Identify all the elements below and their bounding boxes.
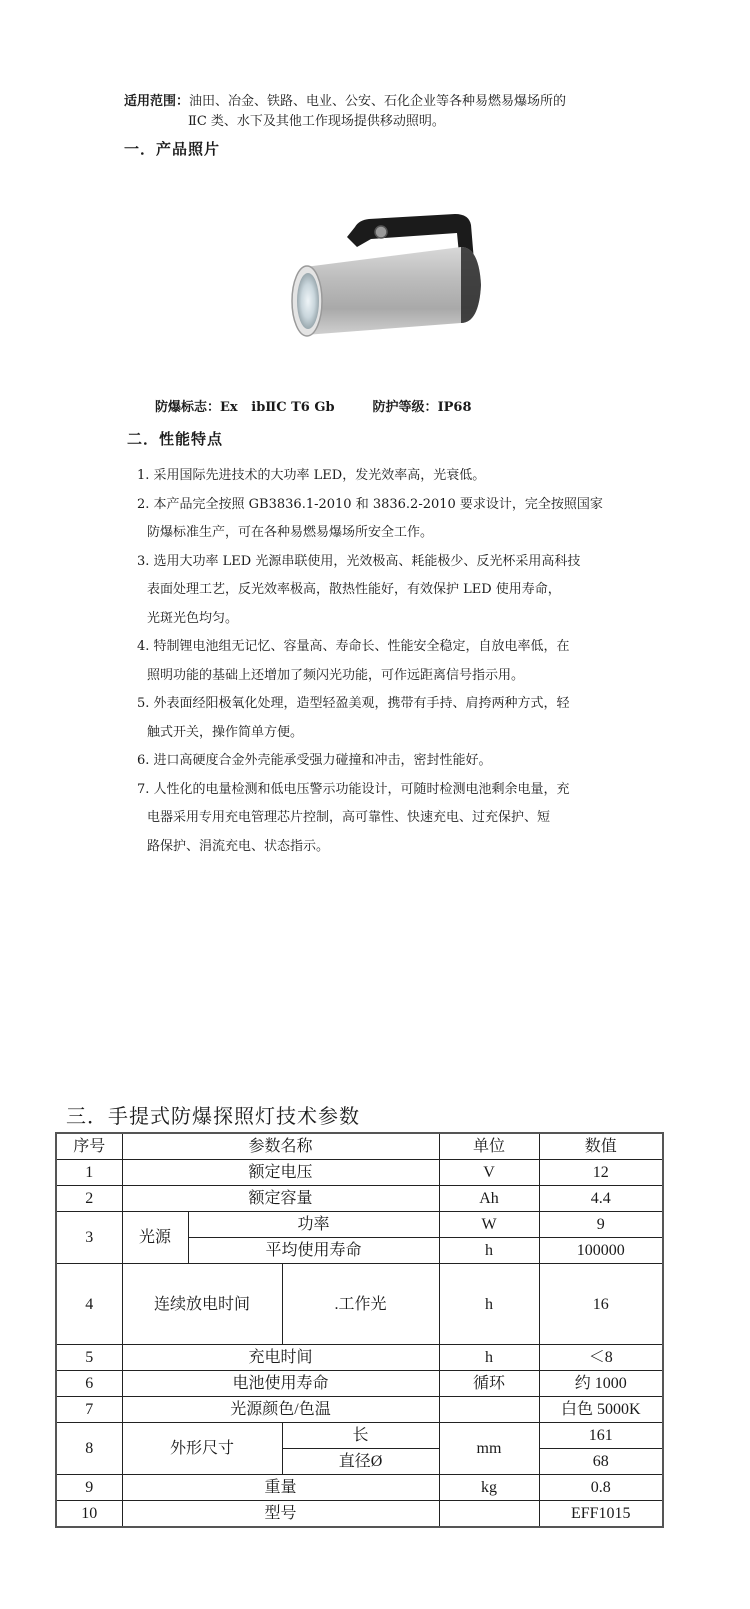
header-value: 数值 bbox=[539, 1133, 663, 1160]
cell-sub: 直径Ø bbox=[282, 1449, 439, 1475]
cell-group: 光源 bbox=[122, 1212, 188, 1264]
feature-item: 1. 采用国际先进技术的大功率 LED，发光效率高，光衰低。 bbox=[137, 462, 637, 491]
cell-unit bbox=[439, 1397, 539, 1423]
feature-text-cont: 路保护、涓流充电、状态指示。 bbox=[137, 833, 637, 862]
cell-unit: kg bbox=[439, 1475, 539, 1501]
scope-line1: 油田、冶金、铁路、电业、公安、石化企业等各种易燃易爆场所的 bbox=[189, 94, 566, 109]
scope-line2: ⅡC 类、水下及其他工作现场提供移动照明。 bbox=[124, 112, 644, 132]
feature-item: 5. 外表面经阳极氧化处理，造型轻盈美观，携带有手持、肩挎两种方式，轻 触式开关… bbox=[137, 690, 637, 747]
cell-value: 16 bbox=[539, 1264, 663, 1345]
cell-no: 10 bbox=[56, 1501, 122, 1528]
cell-value: 4.4 bbox=[539, 1186, 663, 1212]
feature-item: 4. 特制锂电池组无记忆、容量高、寿命长、性能安全稳定，自放电率低，在 照明功能… bbox=[137, 633, 637, 690]
cell-sub: 平均使用寿命 bbox=[188, 1238, 439, 1264]
feature-text: 3. 选用大功率 LED 光源串联使用，光效极高、耗能极少、反光杯采用高科技 bbox=[137, 548, 637, 577]
cell-sub: 长 bbox=[282, 1423, 439, 1449]
cell-name: 电池使用寿命 bbox=[122, 1371, 439, 1397]
feature-item: 6. 进口高硬度合金外壳能承受强力碰撞和冲击，密封性能好。 bbox=[137, 747, 637, 776]
table-row: 6 电池使用寿命 循环 约 1000 bbox=[56, 1371, 663, 1397]
cell-group: 外形尺寸 bbox=[122, 1423, 282, 1475]
feature-text-cont: 防爆标准生产，可在各种易燃易爆场所安全工作。 bbox=[137, 519, 637, 548]
scope-label: 适用范围： bbox=[124, 94, 189, 109]
cell-no: 6 bbox=[56, 1371, 122, 1397]
section3-title: 三．手提式防爆探照灯技术参数 bbox=[66, 1100, 360, 1129]
cell-unit: Ah bbox=[439, 1186, 539, 1212]
table-row: 1 额定电压 V 12 bbox=[56, 1160, 663, 1186]
header-no: 序号 bbox=[56, 1133, 122, 1160]
table-row: 10 型号 EFF1015 bbox=[56, 1501, 663, 1528]
feature-list: 1. 采用国际先进技术的大功率 LED，发光效率高，光衰低。 2. 本产品完全按… bbox=[137, 462, 637, 861]
feature-item: 7. 人性化的电量检测和低电压警示功能设计，可随时检测电池剩余电量，充 电器采用… bbox=[137, 776, 637, 862]
product-markings: 防爆标志：Ex ibⅡC T6 Gb防护等级：IP68 bbox=[155, 396, 472, 415]
explosion-mark-label: 防爆标志： bbox=[155, 400, 220, 415]
cell-unit: W bbox=[439, 1212, 539, 1238]
feature-text-cont: 表面处理工艺，反光效率极高，散热性能好，有效保护 LED 使用寿命， bbox=[137, 576, 637, 605]
cell-unit: V bbox=[439, 1160, 539, 1186]
cell-name: 型号 bbox=[122, 1501, 439, 1528]
cell-sub: .工作光 bbox=[282, 1264, 439, 1345]
cell-no: 5 bbox=[56, 1345, 122, 1371]
cell-no: 1 bbox=[56, 1160, 122, 1186]
table-row: 7 光源颜色/色温 白色 5000K bbox=[56, 1397, 663, 1423]
cell-no: 9 bbox=[56, 1475, 122, 1501]
feature-item: 3. 选用大功率 LED 光源串联使用，光效极高、耗能极少、反光杯采用高科技 表… bbox=[137, 548, 637, 634]
protection-label: 防护等级： bbox=[373, 400, 438, 415]
protection-value: IP68 bbox=[438, 400, 472, 415]
feature-text-cont: 电器采用专用充电管理芯片控制，高可靠性、快速充电、过充保护、短 bbox=[137, 804, 637, 833]
product-photo bbox=[285, 205, 495, 360]
section1-title: 一．产品照片 bbox=[124, 138, 220, 159]
applicable-scope: 适用范围：油田、冶金、铁路、电业、公安、石化企业等各种易燃易爆场所的 ⅡC 类、… bbox=[124, 92, 644, 132]
cell-no: 4 bbox=[56, 1264, 122, 1345]
feature-text: 2. 本产品完全按照 GB3836.1-2010 和 3836.2-2010 要… bbox=[137, 491, 637, 520]
cell-value: 161 bbox=[539, 1423, 663, 1449]
cell-value: EFF1015 bbox=[539, 1501, 663, 1528]
feature-text-cont: 光斑光色均匀。 bbox=[137, 605, 637, 634]
cell-value: 白色 5000K bbox=[539, 1397, 663, 1423]
cell-no: 7 bbox=[56, 1397, 122, 1423]
flashlight-image bbox=[285, 205, 495, 360]
feature-text: 1. 采用国际先进技术的大功率 LED，发光效率高，光衰低。 bbox=[137, 462, 637, 491]
cell-no: 2 bbox=[56, 1186, 122, 1212]
cell-value: 约 1000 bbox=[539, 1371, 663, 1397]
cell-name: 重量 bbox=[122, 1475, 439, 1501]
table-row: 8 外形尺寸 长 mm 161 bbox=[56, 1423, 663, 1449]
section2-title: 二．性能特点 bbox=[127, 428, 223, 449]
feature-text: 7. 人性化的电量检测和低电压警示功能设计，可随时检测电池剩余电量，充 bbox=[137, 776, 637, 805]
cell-no: 3 bbox=[56, 1212, 122, 1264]
cell-unit: h bbox=[439, 1264, 539, 1345]
cell-value: 9 bbox=[539, 1212, 663, 1238]
cell-group: 连续放电时间 bbox=[122, 1264, 282, 1345]
table-row: 4 连续放电时间 .工作光 h 16 bbox=[56, 1264, 663, 1345]
cell-sub: 功率 bbox=[188, 1212, 439, 1238]
feature-item: 2. 本产品完全按照 GB3836.1-2010 和 3836.2-2010 要… bbox=[137, 491, 637, 548]
feature-text: 4. 特制锂电池组无记忆、容量高、寿命长、性能安全稳定，自放电率低，在 bbox=[137, 633, 637, 662]
explosion-mark-value: Ex ibⅡC T6 Gb bbox=[220, 400, 335, 415]
cell-value: 68 bbox=[539, 1449, 663, 1475]
cell-unit bbox=[439, 1501, 539, 1528]
feature-text: 6. 进口高硬度合金外壳能承受强力碰撞和冲击，密封性能好。 bbox=[137, 747, 637, 776]
cell-unit: h bbox=[439, 1238, 539, 1264]
header-unit: 单位 bbox=[439, 1133, 539, 1160]
cell-no: 8 bbox=[56, 1423, 122, 1475]
cell-name: 额定容量 bbox=[122, 1186, 439, 1212]
cell-value: ＜8 bbox=[539, 1345, 663, 1371]
feature-text-cont: 触式开关，操作简单方便。 bbox=[137, 719, 637, 748]
feature-text-cont: 照明功能的基础上还增加了频闪光功能，可作远距离信号指示用。 bbox=[137, 662, 637, 691]
table-row: 2 额定容量 Ah 4.4 bbox=[56, 1186, 663, 1212]
table-header-row: 序号 参数名称 单位 数值 bbox=[56, 1133, 663, 1160]
spec-table: 序号 参数名称 单位 数值 1 额定电压 V 12 2 额定容量 Ah 4.4 … bbox=[55, 1132, 664, 1528]
cell-unit: h bbox=[439, 1345, 539, 1371]
cell-name: 额定电压 bbox=[122, 1160, 439, 1186]
table-row: 3 光源 功率 W 9 bbox=[56, 1212, 663, 1238]
cell-value: 100000 bbox=[539, 1238, 663, 1264]
header-param: 参数名称 bbox=[122, 1133, 439, 1160]
cell-unit: mm bbox=[439, 1423, 539, 1475]
feature-text: 5. 外表面经阳极氧化处理，造型轻盈美观，携带有手持、肩挎两种方式，轻 bbox=[137, 690, 637, 719]
table-row: 9 重量 kg 0.8 bbox=[56, 1475, 663, 1501]
cell-unit: 循环 bbox=[439, 1371, 539, 1397]
cell-value: 0.8 bbox=[539, 1475, 663, 1501]
cell-name: 光源颜色/色温 bbox=[122, 1397, 439, 1423]
cell-value: 12 bbox=[539, 1160, 663, 1186]
cell-name: 充电时间 bbox=[122, 1345, 439, 1371]
table-row: 5 充电时间 h ＜8 bbox=[56, 1345, 663, 1371]
